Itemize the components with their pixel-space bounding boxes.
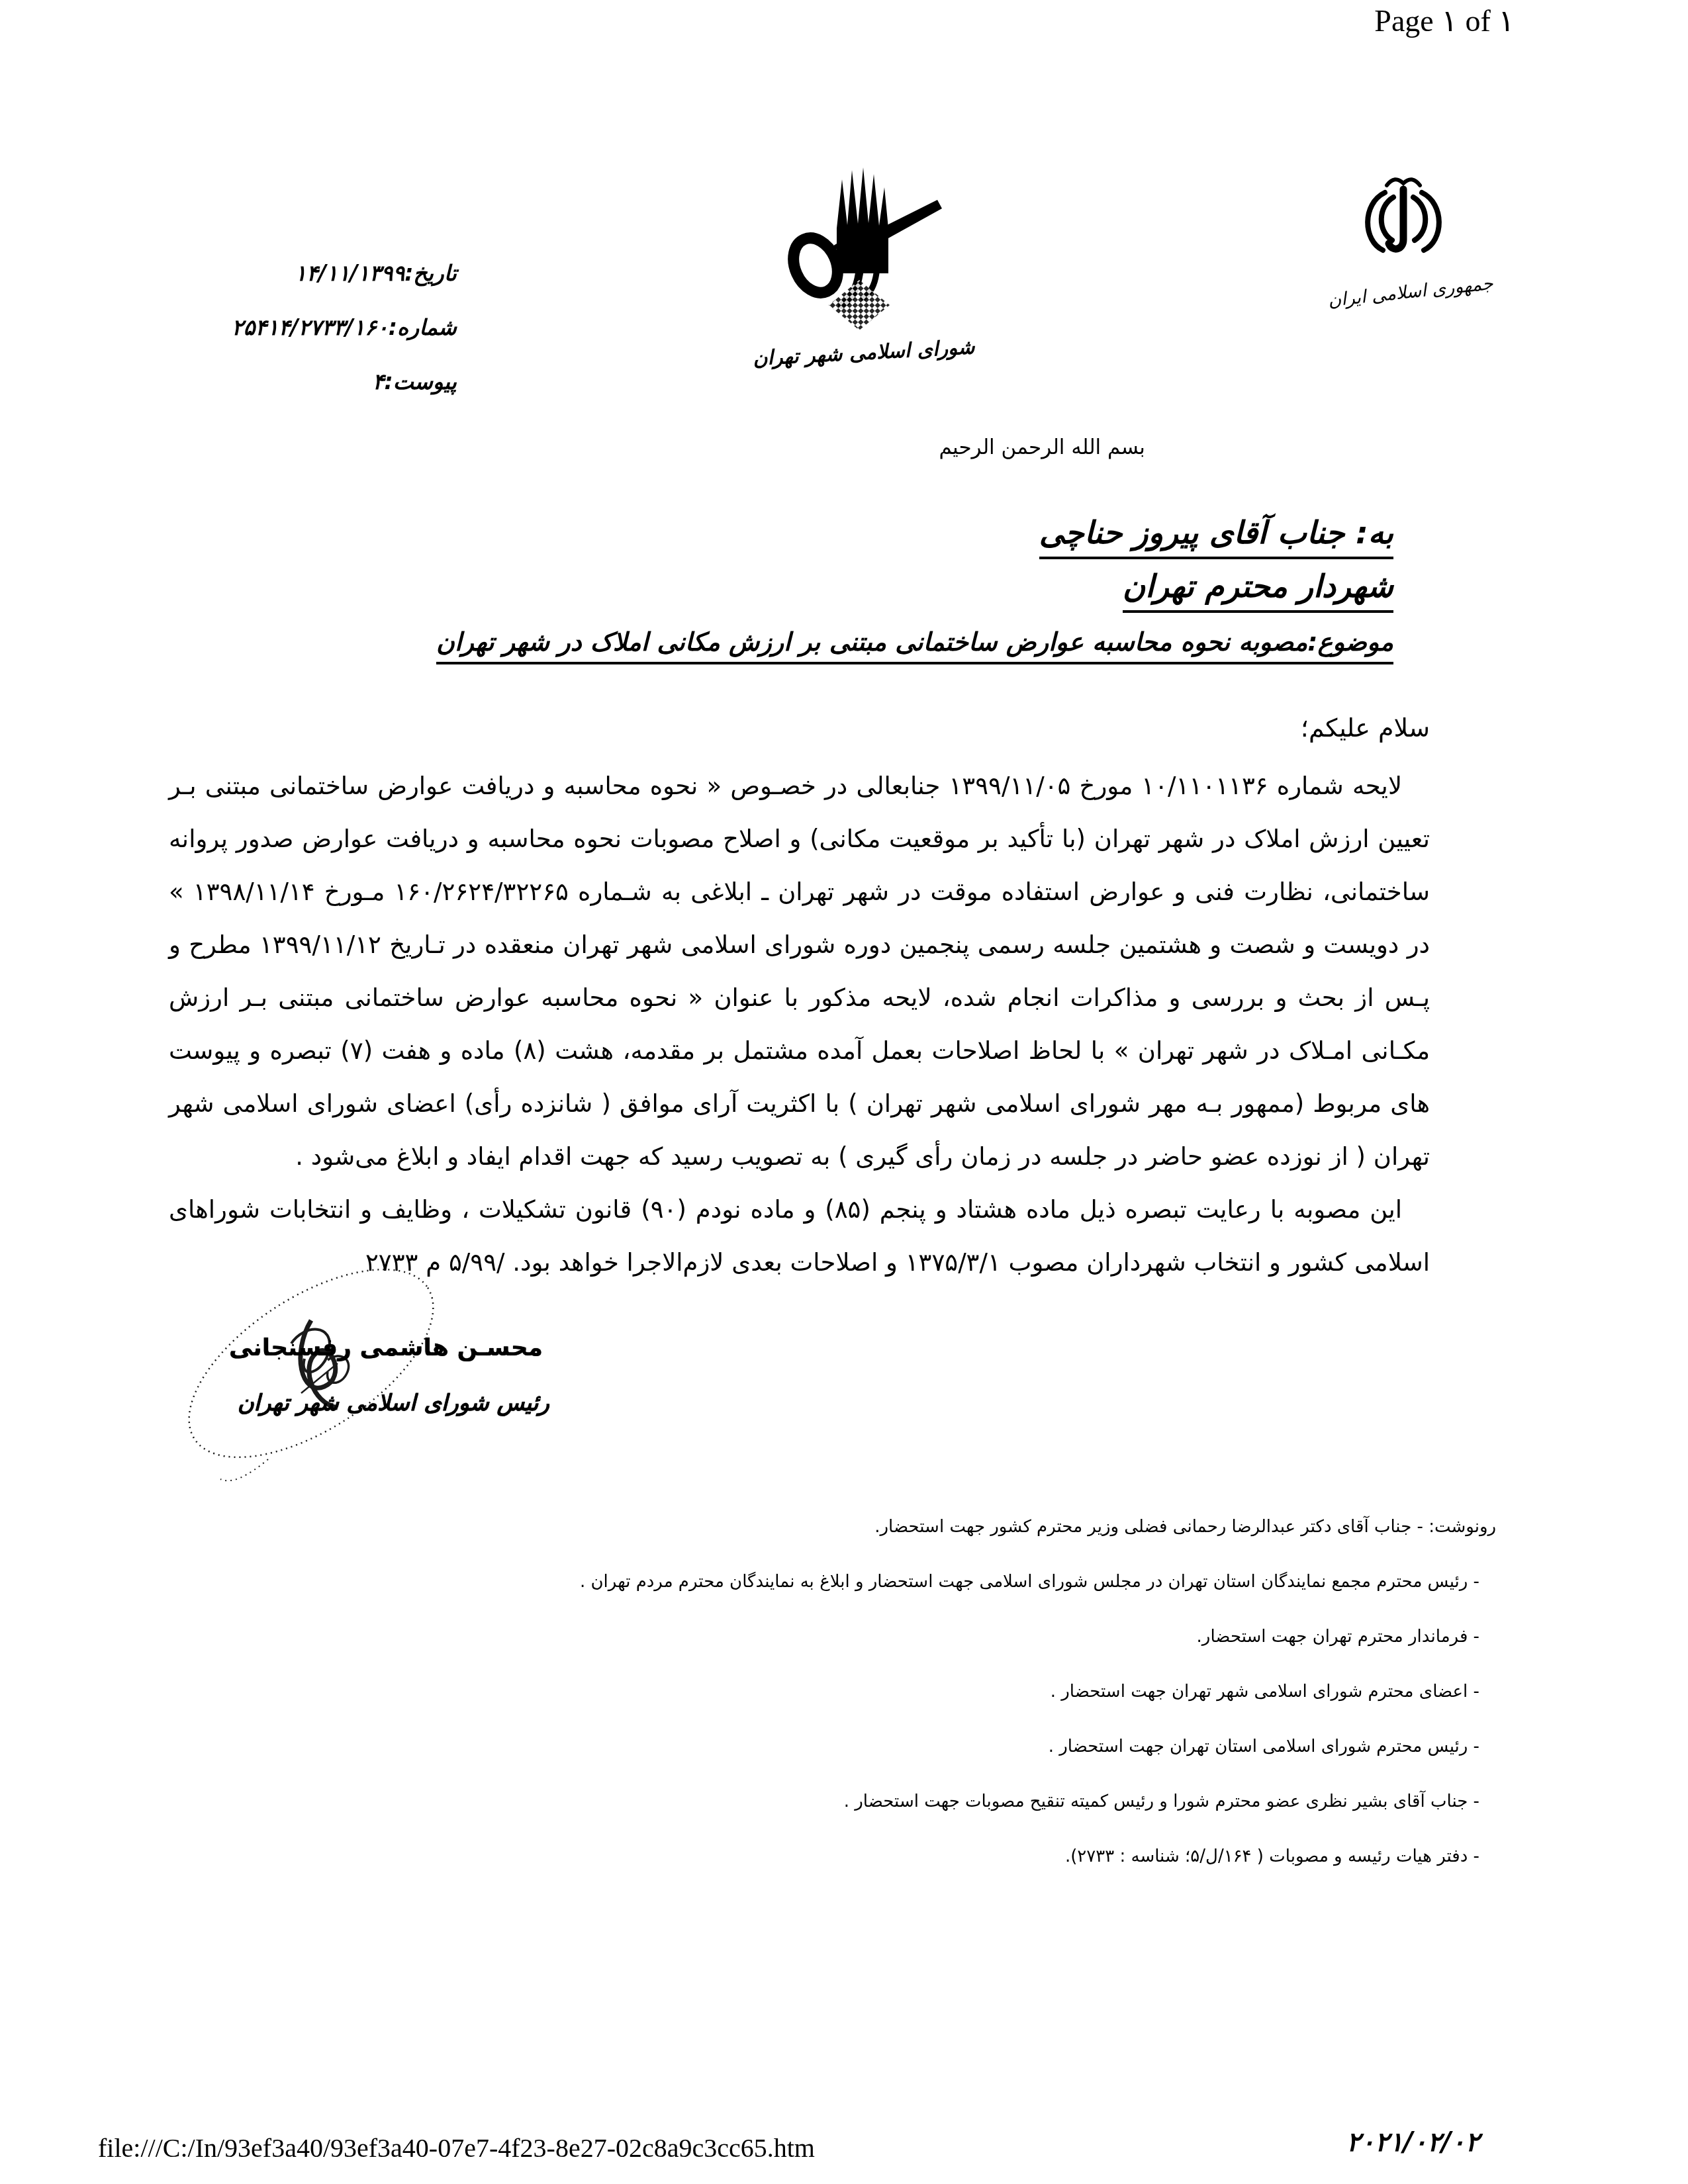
number-field: شماره:۲۵۴۱۴/۲۷۳۳/۱۶۰ <box>139 300 457 355</box>
addressee-block: به: جناب آقای پیروز حناچی شهردار محترم ت… <box>361 515 1393 664</box>
header-meta: تاریخ:۱۴/۱۱/۱۳۹۹ شماره:۲۵۴۱۴/۲۷۳۳/۱۶۰ پی… <box>139 246 457 409</box>
cc-item: - اعضای محترم شورای اسلامی شهر تهران جهت… <box>424 1664 1496 1719</box>
scanned-letter-page: Page ١ of ١ تاریخ:۱۴/۱۱/۱۳۹۹ شماره:۲۵۴۱۴… <box>0 0 1688 2184</box>
iran-emblem-icon <box>1354 173 1453 273</box>
footer-file-url: file:///C:/In/93ef3a40/93ef3a40-07e7-4f2… <box>98 2132 815 2163</box>
cc-item: - دفتر هیات رئیسه و مصوبات ( ۱۶۴/ل/۵؛ شن… <box>424 1829 1496 1884</box>
cc-item: - جناب آقای بشیر نظری عضو محترم شورا و ر… <box>424 1774 1496 1829</box>
council-logo-caption: شورای اسلامی شهر تهران <box>741 335 986 371</box>
salutation: سلام علیکم؛ <box>1301 713 1430 743</box>
page-number: Page ١ of ١ <box>1374 3 1515 38</box>
to-line: به: جناب آقای پیروز حناچی <box>1039 515 1393 559</box>
subject-line: موضوع:مصوبه نحوه محاسبه عوارض ساختمانی م… <box>436 627 1393 664</box>
footer-print-date: ٢٠٢١/٠٢/٠٢ <box>1346 2127 1479 2158</box>
iran-emblem-caption: جمهوری اسلامی ایران <box>1315 272 1506 312</box>
cc-list: رونوشت: - جناب آقای دکتر عبدالرضا رحمانی… <box>424 1500 1496 1884</box>
cc-item: رونوشت: - جناب آقای دکتر عبدالرضا رحمانی… <box>424 1500 1496 1555</box>
signer-name: محسـن هاشمی رفسنجانی <box>199 1334 543 1361</box>
cc-item: - رئیس محترم شورای اسلامی استان تهران جه… <box>424 1719 1496 1774</box>
cc-item: - فرماندار محترم تهران جهت استحضار. <box>424 1610 1496 1664</box>
to-title: شهردار محترم تهران <box>1123 569 1393 613</box>
cc-item: - رئیس محترم مجمع نمایندگان استان تهران … <box>424 1555 1496 1610</box>
letter-body: لایحه شماره ۱۰/۱۱۰۱۱۳۶ مورخ ۱۳۹۹/۱۱/۰۵ ج… <box>169 760 1430 1289</box>
body-paragraph-1: لایحه شماره ۱۰/۱۱۰۱۱۳۶ مورخ ۱۳۹۹/۱۱/۰۵ ج… <box>169 760 1430 1183</box>
attachment-field: پیوست:۴ <box>139 355 457 409</box>
signature-scribble-icon <box>169 1261 632 1492</box>
signer-title: رئیس شورای اسلامی شهر تهران <box>199 1390 549 1416</box>
tehran-council-logo-icon <box>788 162 947 336</box>
date-field: تاریخ:۱۴/۱۱/۱۳۹۹ <box>139 246 457 300</box>
bismillah: بسم الله الرحمن الرحيم <box>939 435 1145 459</box>
